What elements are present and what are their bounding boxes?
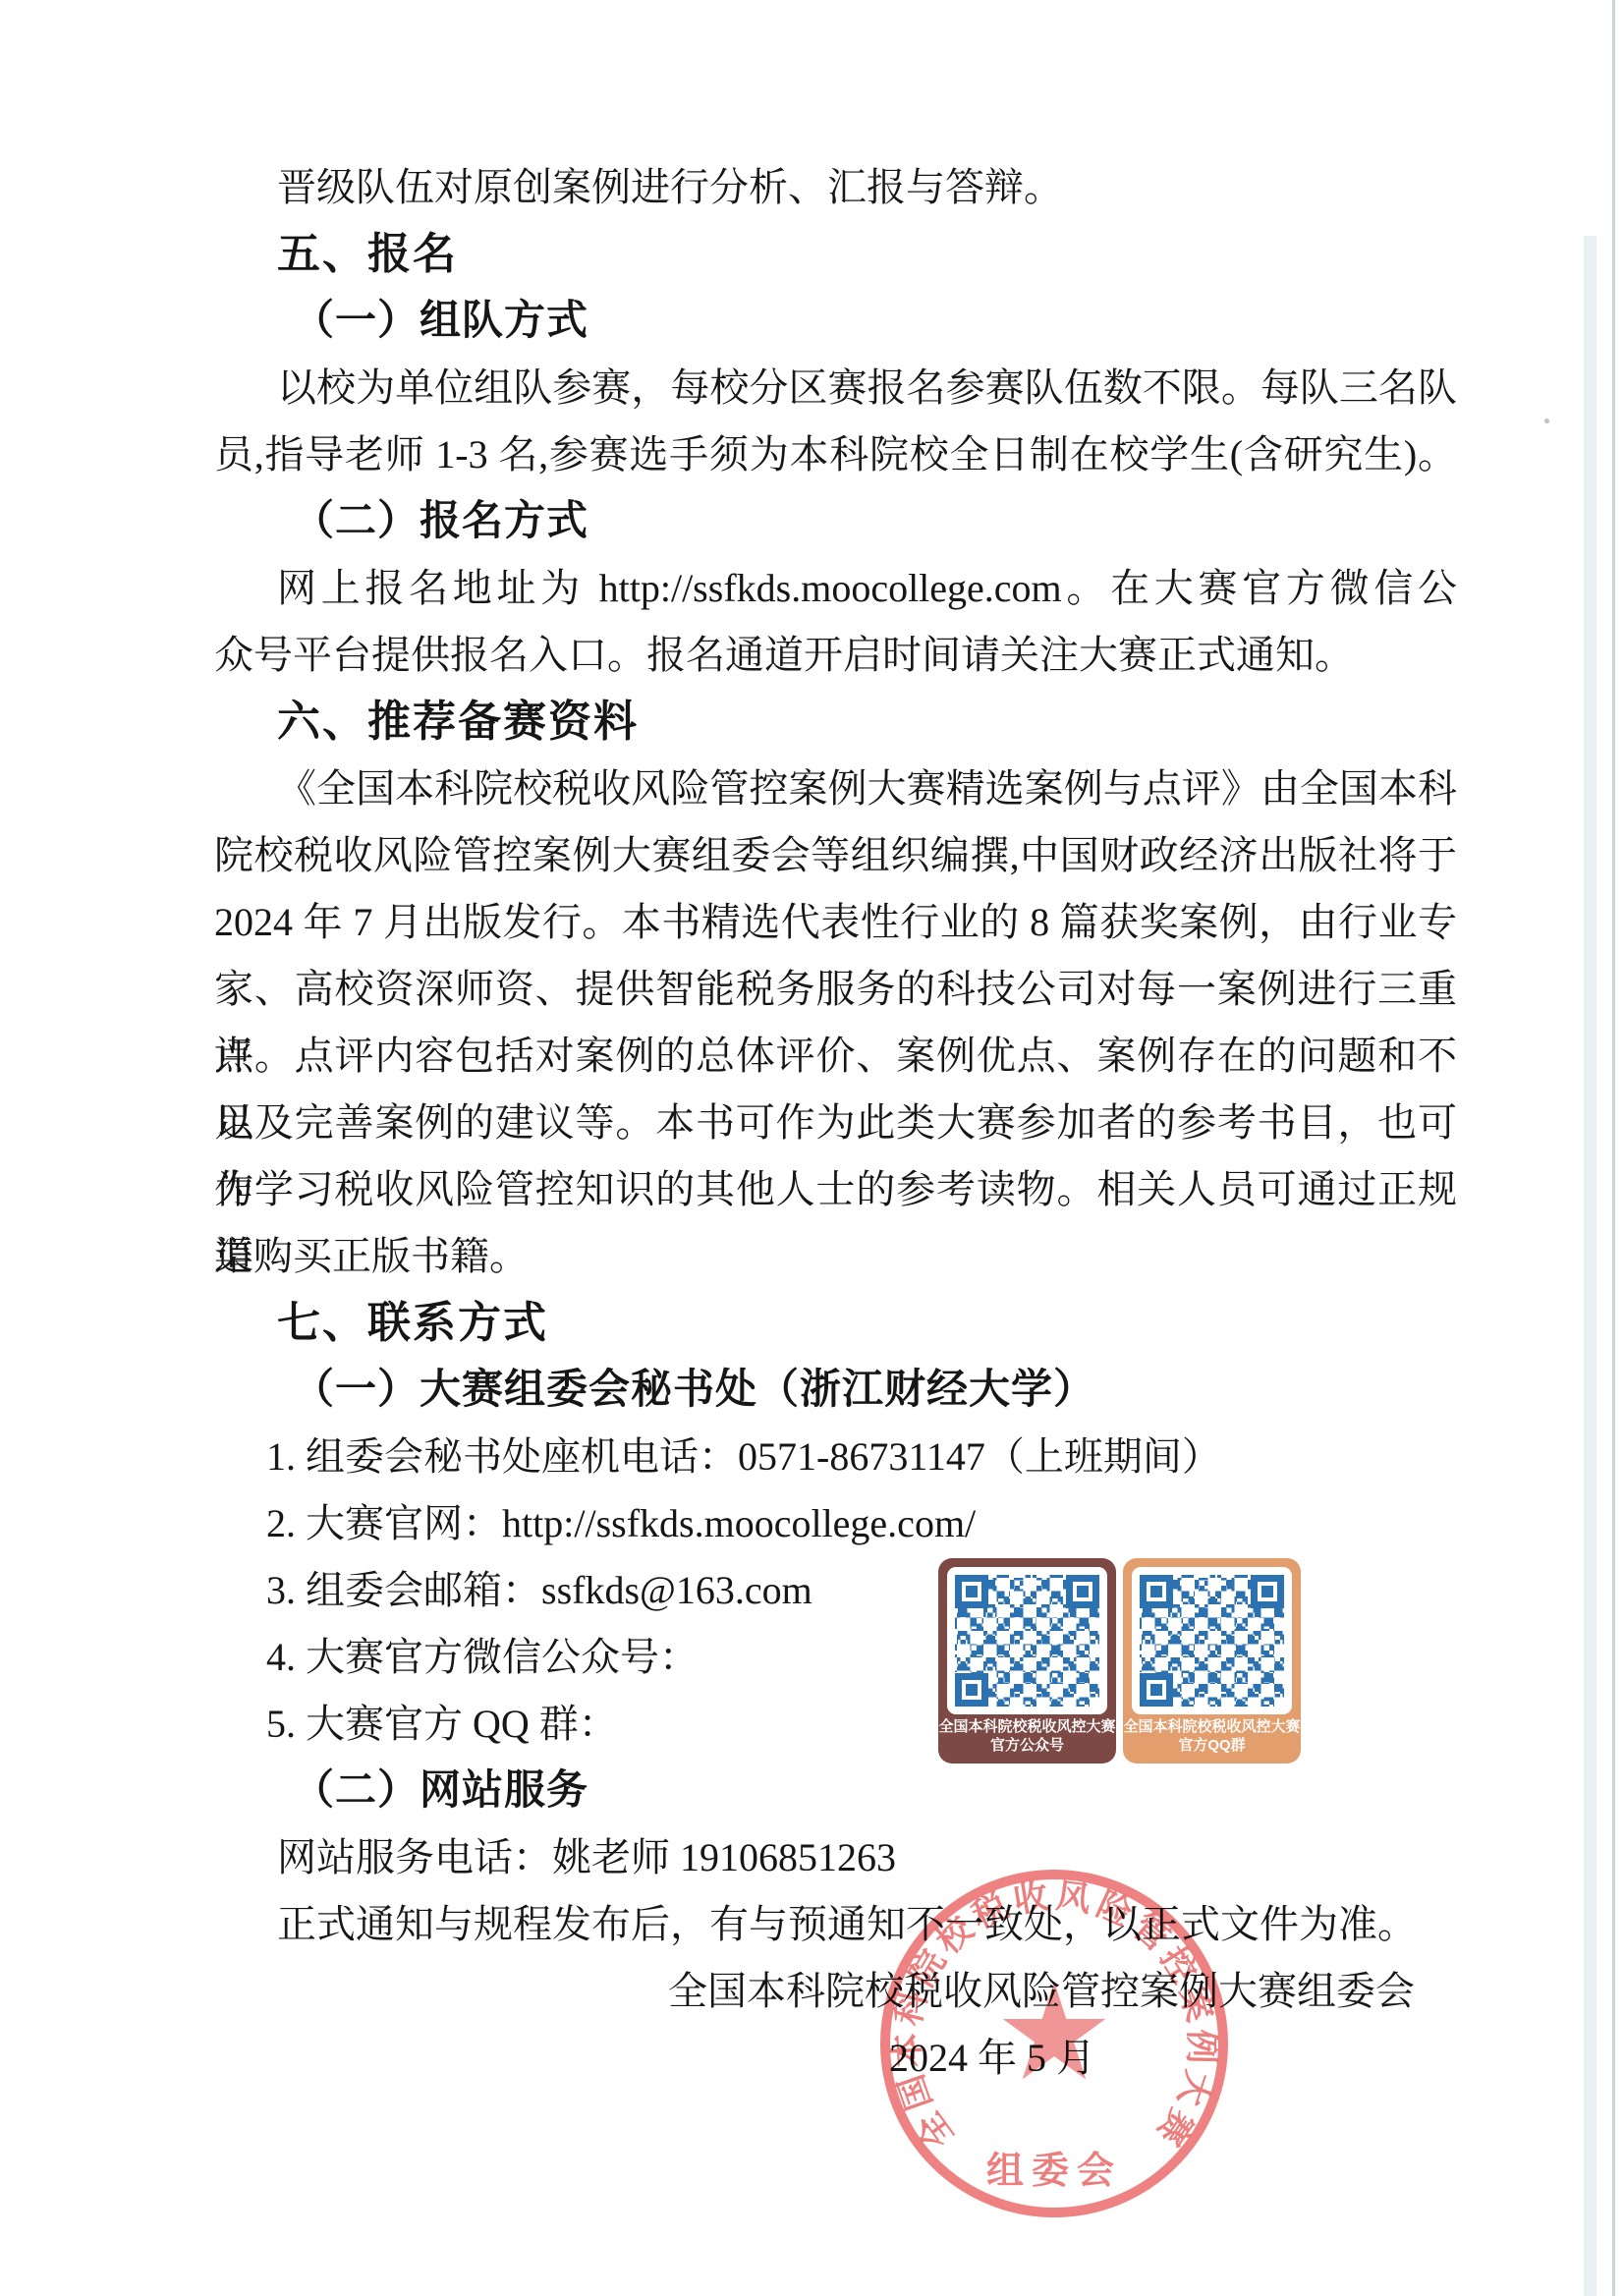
paragraph-line: 《全国本科院校税收风险管控案例大赛精选案例与点评》由全国本科 bbox=[214, 756, 1457, 822]
qr-finder-icon bbox=[1140, 1673, 1173, 1707]
paragraph-line: 院校税收风险管控案例大赛组委会等组织编撰,中国财政经济出版社将于 bbox=[214, 822, 1457, 889]
qq-qr-label-line2: 官方QQ群 bbox=[1123, 1736, 1301, 1755]
section-heading-contact: 七、联系方式 bbox=[277, 1290, 1457, 1357]
wechat-qr-label-line1: 全国本科院校税收风控大赛 bbox=[938, 1717, 1116, 1736]
paragraph-line-disclaimer: 正式通知与规程发布后，有与预通知不一致处，以正式文件为准。 bbox=[214, 1891, 1457, 1958]
subsection-heading-secretariat: （一）大赛组委会秘书处（浙江财经大学） bbox=[293, 1357, 1457, 1424]
paragraph-line: 以校为单位组队参赛，每校分区赛报名参赛队伍数不限。每队三名队 bbox=[214, 355, 1457, 421]
stamp-bottom-text: 组委会 bbox=[986, 2151, 1122, 2192]
wechat-qr-card: 全国本科院校税收风控大赛 官方公众号 bbox=[938, 1558, 1116, 1764]
scanned-document-page: 晋级队伍对原创案例进行分析、汇报与答辩。 五、报名 （一）组队方式 以校为单位组… bbox=[0, 0, 1624, 2296]
qq-qr-card: 全国本科院校税收风控大赛 官方QQ群 bbox=[1123, 1558, 1301, 1764]
signature-line: 全国本科院校税收风险管控案例大赛组委会 bbox=[214, 1958, 1457, 2025]
section-heading-registration: 五、报名 bbox=[277, 221, 1457, 288]
paragraph-line-registration-url: 网上报名地址为 http://ssfkds.moocollege.com。在大赛… bbox=[214, 555, 1457, 622]
paragraph-line: 2024 年 7 月出版发行。本书精选代表性行业的 8 篇获奖案例，由行业专 bbox=[214, 889, 1457, 956]
document-body: 晋级队伍对原创案例进行分析、汇报与答辩。 五、报名 （一）组队方式 以校为单位组… bbox=[214, 154, 1457, 2092]
qq-qr-label-line1: 全国本科院校税收风控大赛 bbox=[1123, 1717, 1301, 1736]
subsection-heading-registration-method: （二）报名方式 bbox=[293, 488, 1457, 555]
paragraph-line: 员,指导老师 1-3 名,参赛选手须为本科院校全日制在校学生(含研究生)。 bbox=[214, 421, 1457, 488]
qr-finder-icon bbox=[1066, 1575, 1099, 1608]
qr-finder-icon bbox=[955, 1673, 988, 1707]
paragraph-line: 家、高校资深师资、提供智能税务服务的科技公司对每一案例进行三重点 bbox=[214, 956, 1457, 1023]
paragraph-line: 道购买正版书籍。 bbox=[214, 1223, 1457, 1290]
paragraph-line: 评。点评内容包括对案例的总体评价、案例优点、案例存在的问题和不足 bbox=[214, 1023, 1457, 1090]
scan-edge-line bbox=[1612, 0, 1615, 2296]
scan-speck bbox=[1544, 419, 1549, 423]
wechat-qr-code bbox=[947, 1567, 1107, 1714]
wechat-qr-label: 全国本科院校税收风控大赛 官方公众号 bbox=[938, 1717, 1116, 1757]
qr-finder-icon bbox=[955, 1575, 988, 1608]
subsection-heading-team-formation: （一）组队方式 bbox=[293, 288, 1457, 355]
paragraph-line: 晋级队伍对原创案例进行分析、汇报与答辩。 bbox=[214, 154, 1457, 221]
section-heading-materials: 六、推荐备赛资料 bbox=[277, 689, 1457, 756]
wechat-qr-label-line2: 官方公众号 bbox=[938, 1736, 1116, 1755]
paragraph-line: 以及完善案例的建议等。本书可作为此类大赛参加者的参考书目，也可作 bbox=[214, 1090, 1457, 1156]
paragraph-line: 为学习税收风险管控知识的其他人士的参考读物。相关人员可通过正规渠 bbox=[214, 1156, 1457, 1223]
paragraph-line: 众号平台提供报名入口。报名通道开启时间请关注大赛正式通知。 bbox=[214, 622, 1457, 689]
contact-item-phone: 1. 组委会秘书处座机电话：0571-86731147（上班期间） bbox=[266, 1424, 1457, 1490]
star-icon bbox=[1003, 1982, 1106, 2080]
paragraph-line-service-phone: 网站服务电话：姚老师 19106851263 bbox=[214, 1824, 1457, 1891]
qr-finder-icon bbox=[1251, 1575, 1284, 1608]
scan-edge-band bbox=[1584, 236, 1596, 2296]
qq-qr-label: 全国本科院校税收风控大赛 官方QQ群 bbox=[1123, 1717, 1301, 1757]
date-line: 2024 年 5 月 bbox=[214, 2025, 1457, 2092]
contact-item-website: 2. 大赛官网：http://ssfkds.moocollege.com/ bbox=[266, 1490, 1457, 1557]
subsection-heading-website-service: （二）网站服务 bbox=[293, 1758, 1457, 1824]
qr-finder-icon bbox=[1140, 1575, 1173, 1608]
qq-qr-code bbox=[1132, 1567, 1292, 1714]
official-stamp: 全国本科院校税收风险管控案例大赛 组委会 bbox=[838, 1818, 1270, 2269]
